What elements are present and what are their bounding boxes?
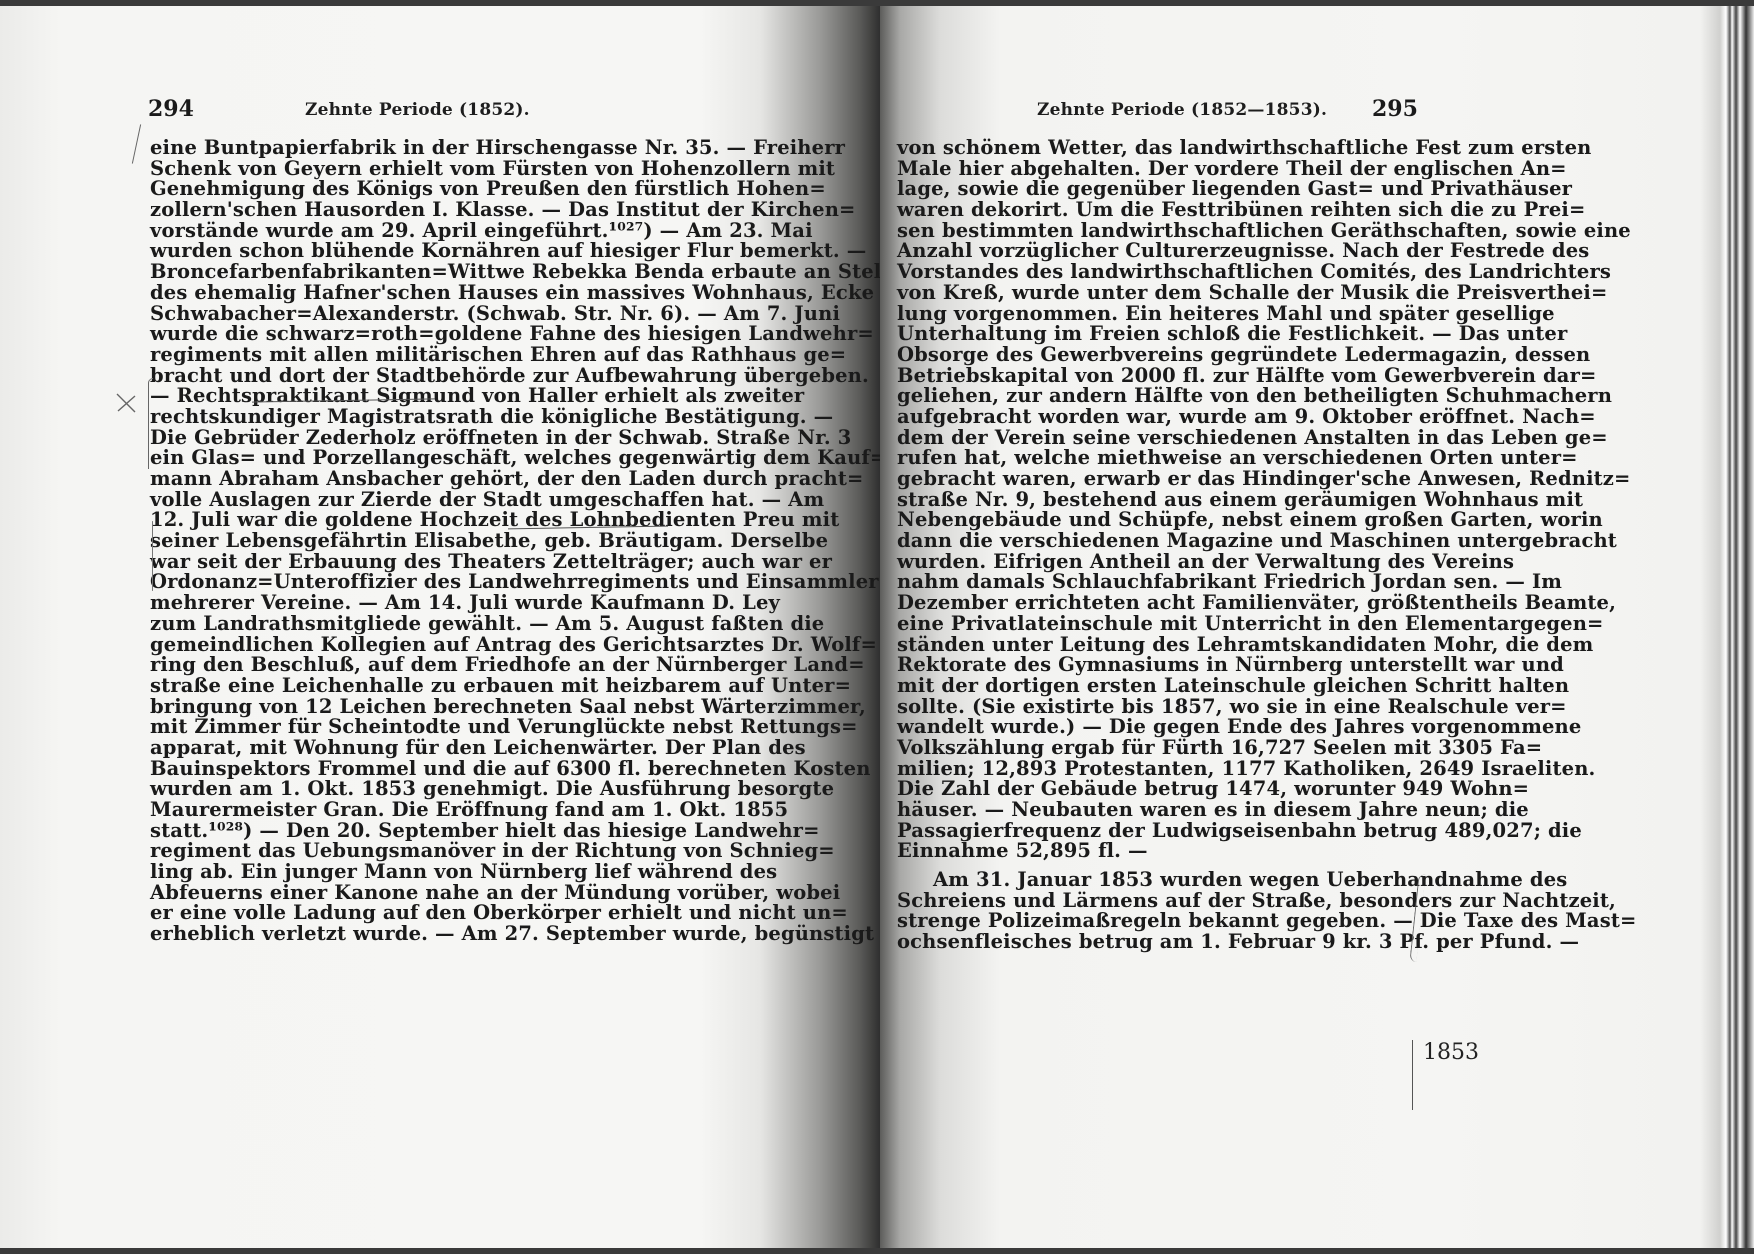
text-line: Betriebskapital von 2000 fl. zur Hälfte … (897, 366, 1411, 387)
text-line: Abfeuerns einer Kanone nahe an der Mündu… (150, 883, 692, 904)
text-line: strenge Polizeimaßregeln bekannt gegeben… (897, 911, 1411, 932)
text-line: Passagierfrequenz der Ludwigseisenbahn b… (897, 821, 1411, 842)
text-line: Bauinspektors Frommel und die auf 6300 f… (150, 759, 692, 780)
page-number: 294 (148, 96, 194, 122)
text-line: Anzahl vorzüglicher Culturerzeugnisse. N… (897, 241, 1411, 262)
text-line: volle Auslagen zur Zierde der Stadt umge… (150, 490, 692, 511)
text-line: Male hier abgehalten. Der vordere Theil … (897, 159, 1411, 180)
text-line: geliehen, zur andern Hälfte von den beth… (897, 386, 1411, 407)
text-line: bracht und dort der Stadtbehörde zur Auf… (150, 366, 692, 387)
text-line: regiment das Uebungsmanöver in der Richt… (150, 841, 692, 862)
text-line: gemeindlichen Kollegien auf Antrag des G… (150, 635, 692, 656)
left-page-body: eine Buntpapierfabrik in der Hirschengas… (150, 138, 692, 945)
text-line: Volkszählung ergab für Fürth 16,727 Seel… (897, 738, 1411, 759)
text-line: zum Landrathsmitgliede gewählt. — Am 5. … (150, 614, 692, 635)
text-line: Rektorate des Gymnasiums in Nürnberg unt… (897, 655, 1411, 676)
text-line: waren dekorirt. Um die Festtribünen reih… (897, 200, 1411, 221)
text-line: Unterhaltung im Freien schloß die Festli… (897, 324, 1411, 345)
text-line: 12. Juli war die goldene Hochzeit des Lo… (150, 510, 692, 531)
text-line: war seit der Erbauung des Theaters Zette… (150, 552, 692, 573)
page-number: 295 (1372, 96, 1418, 122)
text-line: sen bestimmten landwirthschaftlichen Ger… (897, 221, 1411, 242)
text-line: mann Abraham Ansbacher gehört, der den L… (150, 469, 692, 490)
text-line: regiments mit allen militärischen Ehren … (150, 345, 692, 366)
text-line: Die Zahl der Gebäude betrug 1474, worunt… (897, 779, 1411, 800)
text-line: Schenk von Geyern erhielt vom Fürsten vo… (150, 159, 692, 180)
text-line: milien; 12,893 Protestanten, 1177 Kathol… (897, 759, 1411, 780)
text-line: rechtskundiger Magistratsrath die königl… (150, 407, 692, 428)
right-page-body: von schönem Wetter, das landwirthschaftl… (897, 138, 1411, 953)
text-line: Am 31. Januar 1853 wurden wegen Ueberhan… (897, 870, 1411, 891)
text-line: ochsenfleisches betrug am 1. Februar 9 k… (897, 932, 1411, 953)
text-line: seiner Lebensgefährtin Elisabethe, geb. … (150, 531, 692, 552)
right-page: Zehnte Periode (1852—1853). 295 von schö… (880, 6, 1754, 1248)
text-line: eine Privatlateinschule mit Unterricht i… (897, 614, 1411, 635)
text-line: wurden. Eifrigen Antheil an der Verwaltu… (897, 552, 1411, 573)
text-line: vorstände wurde am 29. April eingeführt.… (150, 221, 692, 242)
text-line: dem der Verein seine verschiedenen Ansta… (897, 428, 1411, 449)
text-line: apparat, mit Wohnung für den Leichenwärt… (150, 738, 692, 759)
pencil-bracket-mark (148, 378, 153, 469)
text-line: Maurermeister Gran. Die Eröffnung fand a… (150, 800, 692, 821)
text-line: Vorstandes des landwirthschaftlichen Com… (897, 262, 1411, 283)
text-line: Ordonanz=Unteroffizier des Landwehrregim… (150, 572, 692, 593)
text-line: mehrerer Vereine. — Am 14. Juli wurde Ka… (150, 593, 692, 614)
text-line: häuser. — Neubauten waren es in diesem J… (897, 800, 1411, 821)
text-line: nahm damals Schlauchfabrikant Friedrich … (897, 572, 1411, 593)
text-line: wurden am 1. Okt. 1853 genehmigt. Die Au… (150, 779, 692, 800)
text-line: Die Gebrüder Zederholz eröffneten in der… (150, 428, 692, 449)
text-line: Schwabacher=Alexanderstr. (Schwab. Str. … (150, 304, 692, 325)
pencil-line-mark (1412, 1040, 1413, 1110)
text-line: gebracht waren, erwarb er das Hindinger'… (897, 469, 1411, 490)
text-line: von Kreß, wurde unter dem Schalle der Mu… (897, 283, 1411, 304)
text-line: ling ab. Ein junger Mann von Nürnberg li… (150, 862, 692, 883)
book-spread: 294 Zehnte Periode (1852). eine Buntpapi… (0, 6, 1754, 1248)
pencil-bracket-mark-2 (152, 521, 153, 591)
text-line: lung vorgenommen. Ein heiteres Mahl und … (897, 304, 1411, 325)
running-head: Zehnte Periode (1852). (305, 100, 530, 120)
text-line: ein Glas= und Porzellangeschäft, welches… (150, 448, 692, 469)
text-line: ring den Beschluß, auf dem Friedhofe an … (150, 655, 692, 676)
text-line: er eine volle Ladung auf den Oberkörper … (150, 903, 692, 924)
text-line: lage, sowie die gegenüber liegenden Gast… (897, 179, 1411, 200)
text-line: rufen hat, welche miethweise an verschie… (897, 448, 1411, 469)
text-line: zollern'schen Hausorden I. Klasse. — Das… (150, 200, 692, 221)
text-line: straße eine Leichenhalle zu erbauen mit … (150, 676, 692, 697)
text-line: dann die verschiedenen Magazine und Masc… (897, 531, 1411, 552)
text-line: Dezember errichteten acht Familienväter,… (897, 593, 1411, 614)
text-line: sollte. (Sie existirte bis 1857, wo sie … (897, 697, 1411, 718)
text-line: Einnahme 52,895 fl. — (897, 841, 1411, 862)
running-head: Zehnte Periode (1852—1853). (1037, 100, 1327, 120)
text-line: Schreiens und Lärmens auf der Straße, be… (897, 891, 1411, 912)
text-line: statt.¹⁰²⁸) — Den 20. September hielt da… (150, 821, 692, 842)
text-line: mit Zimmer für Scheintodte und Verunglüc… (150, 717, 692, 738)
text-line: erheblich verletzt wurde. — Am 27. Septe… (150, 924, 692, 945)
text-line: wandelt wurde.) — Die gegen Ende des Jah… (897, 717, 1411, 738)
pencil-x-mark (115, 392, 135, 412)
text-line: mit der dortigen ersten Lateinschule gle… (897, 676, 1411, 697)
left-page: 294 Zehnte Periode (1852). eine Buntpapi… (0, 6, 880, 1248)
text-line: — Rechtspraktikant Sigmund von Haller er… (150, 386, 692, 407)
text-line: aufgebracht worden war, wurde am 9. Okto… (897, 407, 1411, 428)
text-line: des ehemalig Hafner'schen Hauses ein mas… (150, 283, 692, 304)
margin-year-note: 1853 (1423, 1040, 1479, 1065)
text-line: Broncefarbenfabrikanten=Wittwe Rebekka B… (150, 262, 692, 283)
text-line: von schönem Wetter, das landwirthschaftl… (897, 138, 1411, 159)
text-line: wurden schon blühende Kornähren auf hies… (150, 241, 692, 262)
text-line: wurde die schwarz=roth=goldene Fahne des… (150, 324, 692, 345)
pencil-tick-mark (132, 124, 141, 163)
text-line: straße Nr. 9, bestehend aus einem geräum… (897, 490, 1411, 511)
text-line: ständen unter Leitung des Lehramtskandid… (897, 635, 1411, 656)
text-line: Nebengebäude und Schüpfe, nebst einem gr… (897, 510, 1411, 531)
text-line: bringung von 12 Leichen berechneten Saal… (150, 697, 692, 718)
text-line: Obsorge des Gewerbvereins gegründete Led… (897, 345, 1411, 366)
text-line: Genehmigung des Königs von Preußen den f… (150, 179, 692, 200)
text-line: eine Buntpapierfabrik in der Hirschengas… (150, 138, 692, 159)
